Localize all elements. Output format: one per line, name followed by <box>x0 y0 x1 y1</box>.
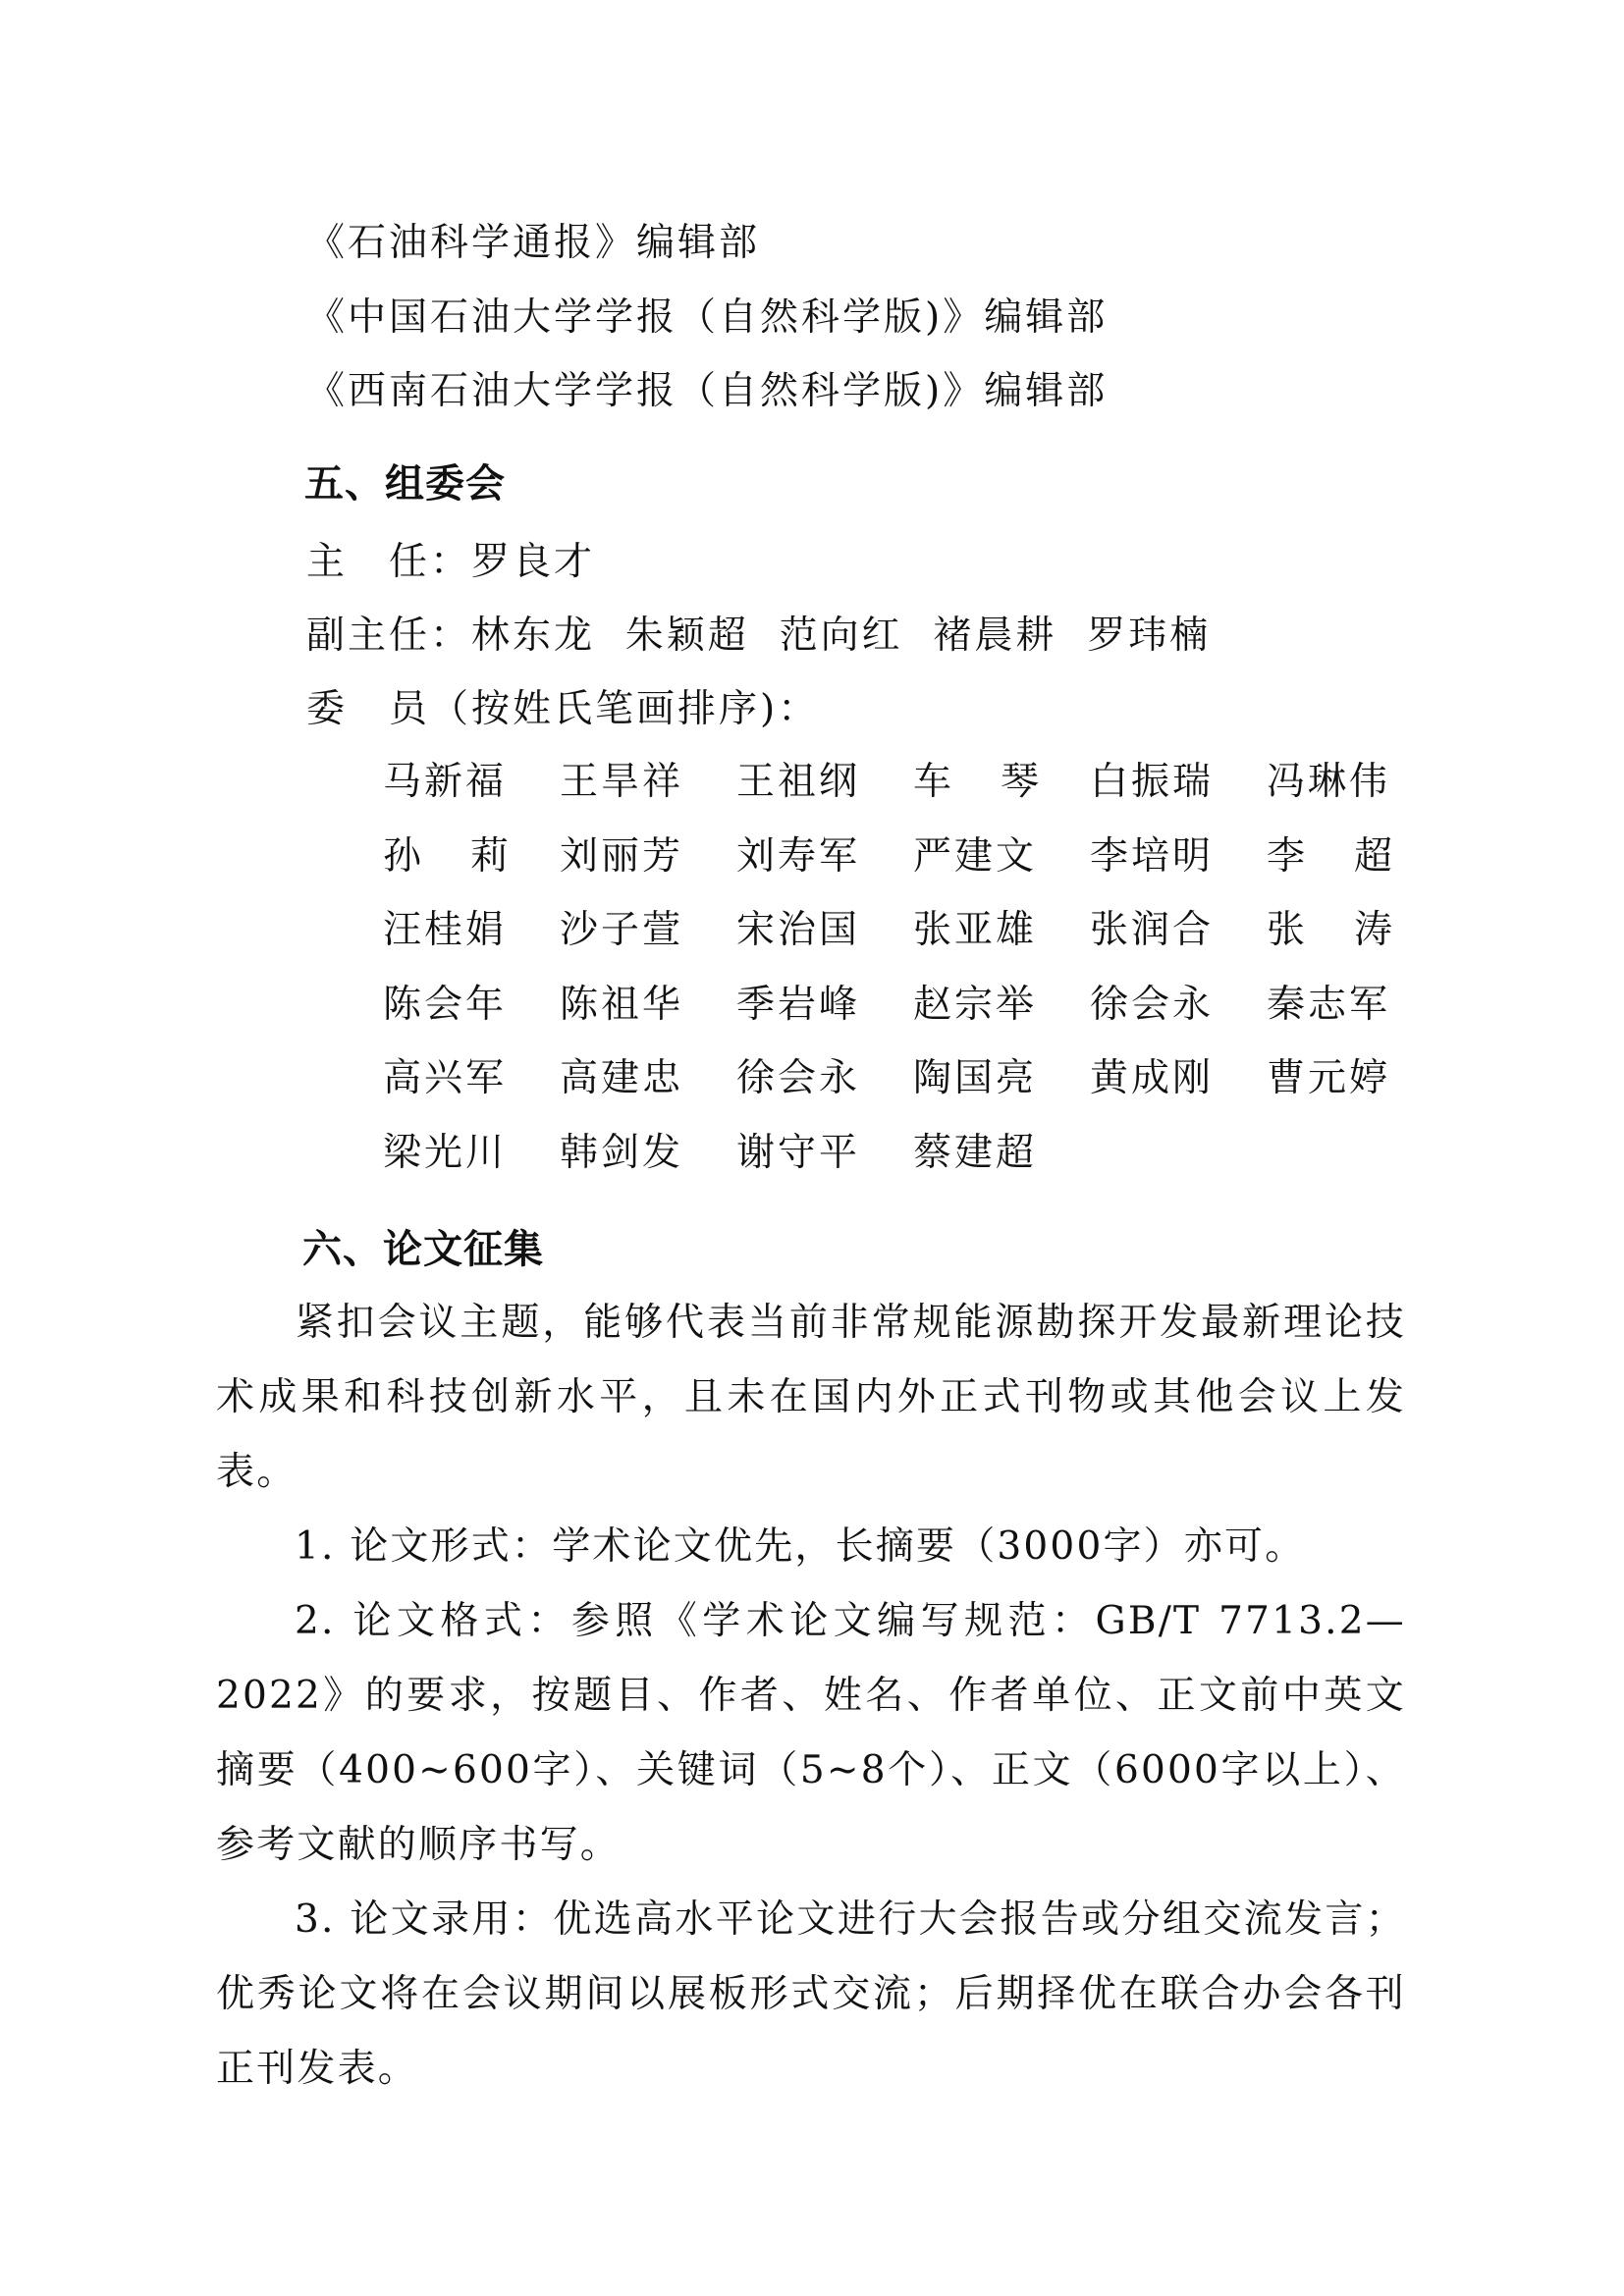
director-name: 罗良才 <box>471 540 595 584</box>
member-name: 冯琳伟 <box>1267 758 1443 832</box>
document-page: 《石油科学通报》编辑部 《中国石油大学学报（自然科学版)》编辑部 《西南石油大学… <box>0 0 1624 2296</box>
members-row: 马新福 王旱祥 王祖纲 车琴 白振瑞 冯琳伟 <box>383 758 1443 832</box>
member-name: 秦志军 <box>1267 981 1443 1055</box>
members-row: 高兴军 高建忠 徐会永 陶国亮 黄成刚 曹元婷 <box>383 1054 1443 1129</box>
members-row: 汪桂娟 沙子萱 宋治国 张亚雄 张润合 张涛 <box>383 906 1443 981</box>
member-name: 张涛 <box>1267 906 1392 981</box>
member-name: 孙莉 <box>383 832 509 907</box>
member-name: 王祖纲 <box>736 758 913 832</box>
member-name: 张润合 <box>1090 906 1267 981</box>
members-row: 陈会年 陈祖华 季岩峰 赵宗举 徐会永 秦志军 <box>383 981 1443 1055</box>
member-name: 沙子萱 <box>560 906 736 981</box>
member-name: 李超 <box>1267 832 1392 907</box>
member-name: 李培明 <box>1090 832 1267 907</box>
deputy-label: 副主任： <box>306 614 471 658</box>
member-name: 刘丽芳 <box>560 832 736 907</box>
member-name: 白振瑞 <box>1090 758 1267 832</box>
papers-item-1: 1. 论文形式：学术论文优先，长摘要（3000字）亦可。 <box>216 1510 1406 1584</box>
section-heading-papers: 六、论文征集 <box>302 1225 544 1274</box>
member-name: 高兴军 <box>383 1054 560 1129</box>
member-name: 徐会永 <box>736 1054 913 1129</box>
director-label: 主 任： <box>306 540 471 584</box>
papers-item-3: 3. 论文录用：优选高水平论文进行大会报告或分组交流发言；优秀论文将在会议期间以… <box>216 1883 1406 2107</box>
organizer-2: 《中国石油大学学报（自然科学版)》编辑部 <box>306 294 1108 343</box>
deputy-row: 副主任：林东龙 朱颖超 范向红 褚晨耕 罗玮楠 <box>306 612 1211 661</box>
member-name: 高建忠 <box>560 1054 736 1129</box>
member-name: 黄成刚 <box>1090 1054 1267 1129</box>
member-name: 严建文 <box>913 832 1090 907</box>
section-heading-committee: 五、组委会 <box>304 459 506 508</box>
member-name: 车琴 <box>913 758 1039 832</box>
member-name: 汪桂娟 <box>383 906 560 981</box>
organizer-3: 《西南石油大学学报（自然科学版)》编辑部 <box>306 367 1108 416</box>
member-name: 谢守平 <box>736 1129 913 1203</box>
members-label: 委 员（按姓氏笔画排序)： <box>306 685 819 734</box>
member-name: 刘寿军 <box>736 832 913 907</box>
papers-intro: 紧扣会议主题，能够代表当前非常规能源勘探开发最新理论技术成果和科技创新水平，且未… <box>216 1286 1406 1510</box>
member-name: 蔡建超 <box>913 1129 1090 1203</box>
deputy-names: 林东龙 朱颖超 范向红 褚晨耕 罗玮楠 <box>471 614 1211 658</box>
members-row: 梁光川 韩剑发 谢守平 蔡建超 <box>383 1129 1443 1203</box>
director-row: 主 任：罗良才 <box>306 538 595 587</box>
member-name: 赵宗举 <box>913 981 1090 1055</box>
papers-item-2: 2. 论文格式：参照《学术论文编写规范：GB/T 7713.2—2022》的要求… <box>216 1584 1406 1883</box>
member-name: 季岩峰 <box>736 981 913 1055</box>
member-name: 徐会永 <box>1090 981 1267 1055</box>
members-row: 孙莉 刘丽芳 刘寿军 严建文 李培明 李超 <box>383 832 1443 907</box>
member-name: 陶国亮 <box>913 1054 1090 1129</box>
member-name: 陈会年 <box>383 981 560 1055</box>
member-name: 张亚雄 <box>913 906 1090 981</box>
member-name: 梁光川 <box>383 1129 560 1203</box>
member-name: 陈祖华 <box>560 981 736 1055</box>
organizer-1: 《石油科学通报》编辑部 <box>306 219 760 268</box>
member-name: 韩剑发 <box>560 1129 736 1203</box>
member-name: 宋治国 <box>736 906 913 981</box>
member-name: 王旱祥 <box>560 758 736 832</box>
member-name: 曹元婷 <box>1267 1054 1443 1129</box>
member-name: 马新福 <box>383 758 560 832</box>
members-grid: 马新福 王旱祥 王祖纲 车琴 白振瑞 冯琳伟 孙莉 刘丽芳 刘寿军 严建文 李培… <box>383 758 1443 1202</box>
